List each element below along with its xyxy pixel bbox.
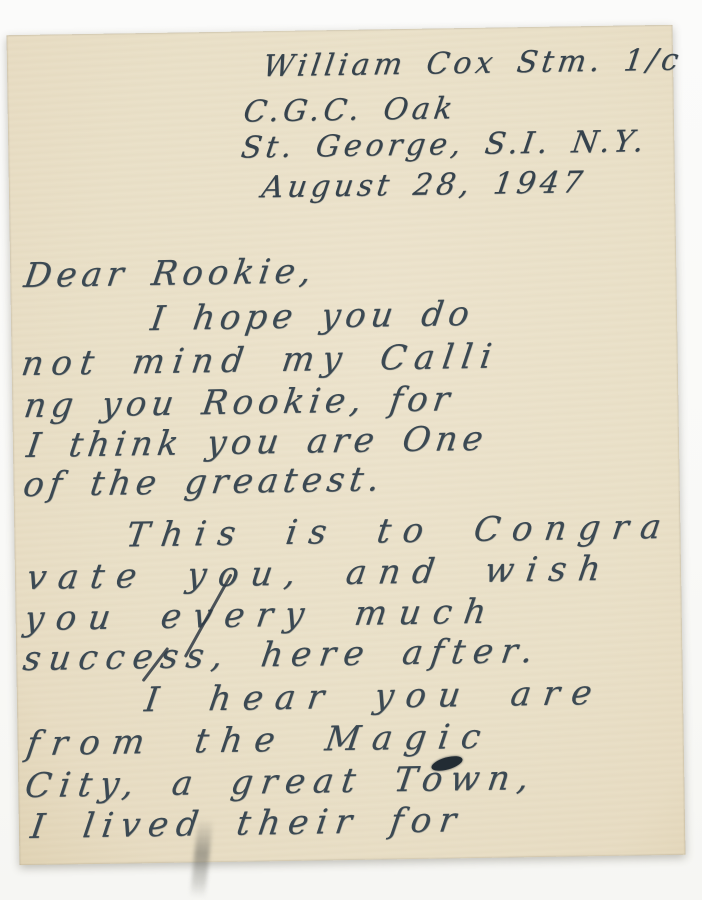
letter-date: August 28, 1947 <box>259 165 588 205</box>
letter-salutation: Dear Rookie, <box>21 251 318 296</box>
letter-line: I hear you are <box>142 673 606 720</box>
letter-sender-name: William Cox Stm. 1/c <box>261 43 685 85</box>
letter-line: I lived their for <box>28 800 466 847</box>
letter-line: success, here after. <box>20 631 543 679</box>
letter-line: I think you are One <box>24 419 490 466</box>
letter-line: of the greatest. <box>21 459 387 505</box>
letter-sender-ship: C.G.C. Oak <box>241 91 458 129</box>
letter-line: from the Magic <box>24 717 495 764</box>
letter-line: I hope you do <box>148 294 477 339</box>
letter-line: ng you Rookie, for <box>21 379 457 426</box>
letter-line: not mind my Calli <box>19 337 502 385</box>
letter-line: vate you, and wish <box>24 549 615 598</box>
letter-line: City, a great Town, <box>22 758 539 806</box>
letter-paper: William Cox Stm. 1/c C.G.C. Oak St. Geor… <box>7 25 686 865</box>
letter-sender-address: St. George, S.I. N.Y. <box>239 124 650 165</box>
scan-background: William Cox Stm. 1/c C.G.C. Oak St. Geor… <box>0 0 702 900</box>
